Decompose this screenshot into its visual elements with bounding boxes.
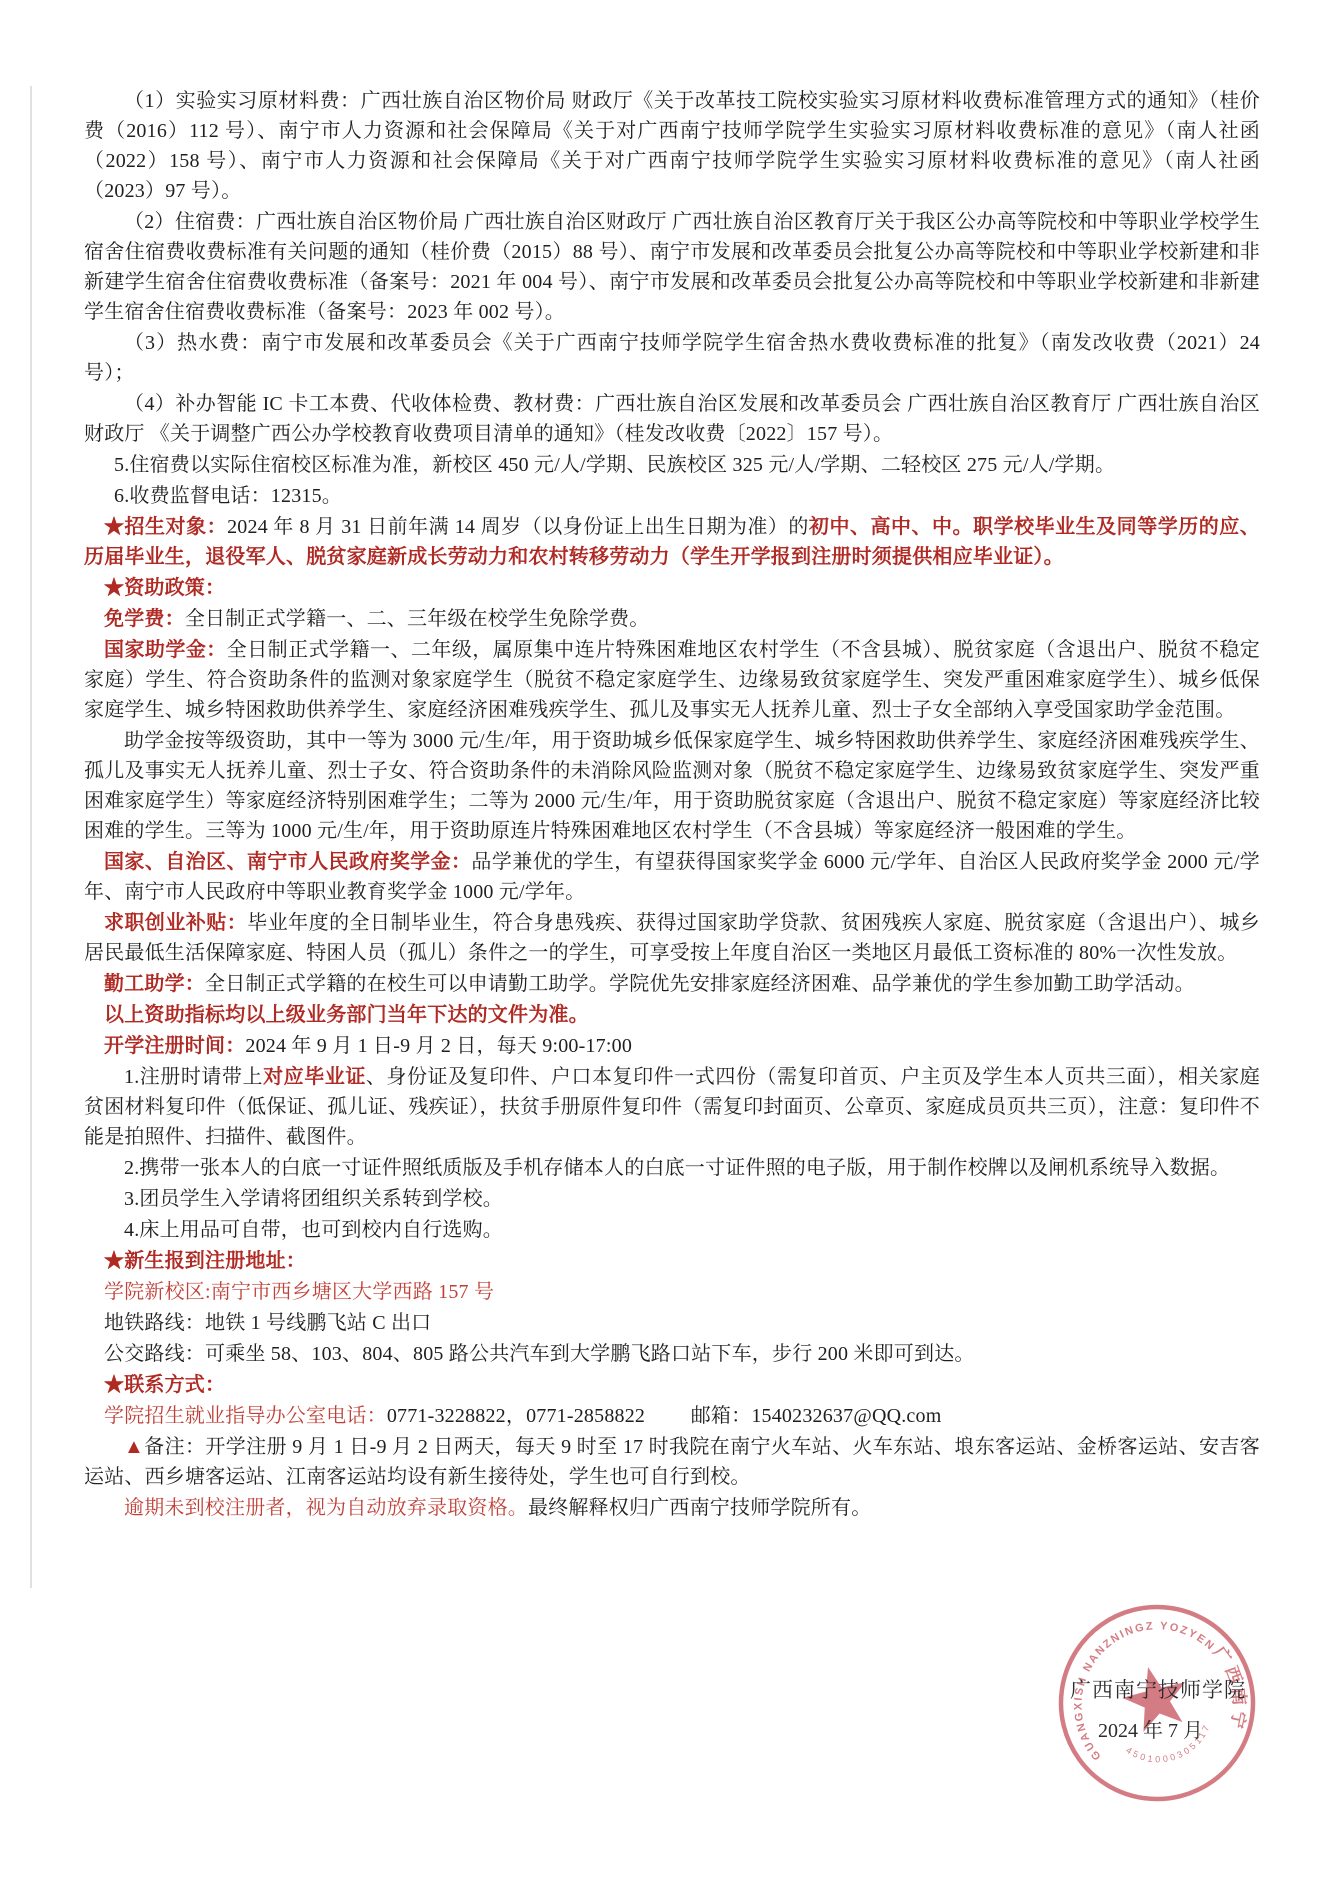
text-segment: 6.收费监督电话：12315。 (114, 485, 342, 507)
paragraph: 勤工助学：全日制正式学籍的在校生可以申请勤工助学。学院优先安排家庭经济困难、品学… (84, 969, 1260, 999)
document-page: （1）实验实习原材料费：广西壮族自治区物价局 财政厅《关于改革技工院校实验实习原… (0, 0, 1342, 1899)
job-subsidy-label: 求职创业补贴： (104, 912, 247, 934)
scan-artifact-line (30, 86, 32, 1588)
paragraph: 国家、自治区、南宁市人民政府奖学金：品学兼优的学生，有望获得国家奖学金 6000… (84, 847, 1260, 907)
text-segment: （2）住宿费：广西壮族自治区物价局 广西壮族自治区财政厅 广西壮族自治区教育厅关… (84, 211, 1260, 323)
text-segment: 助学金按等级资助，其中一等为 3000 元/生/年，用于资助城乡低保家庭学生、城… (84, 730, 1260, 842)
paragraph: 学院新校区:南宁市西乡塘区大学西路 157 号 (84, 1277, 1260, 1307)
text-segment: 4.床上用品可自带，也可到校内自行选购。 (124, 1219, 503, 1241)
paragraph: 3.团员学生入学请将团组织关系转到学校。 (84, 1184, 1260, 1214)
text-segment: 2024 年 9 月 1 日-9 月 2 日，每天 9:00-17:00 (245, 1035, 632, 1057)
text-segment: 2.携带一张本人的白底一寸证件照纸质版及手机存储本人的白底一寸证件照的电子版，用… (124, 1157, 1230, 1179)
text-segment: （4）补办智能 IC 卡工本费、代收体检费、教材费：广西壮族自治区发展和改革委员… (84, 393, 1260, 445)
paragraph: 开学注册时间：2024 年 9 月 1 日-9 月 2 日，每天 9:00-17… (84, 1031, 1260, 1061)
remark-text: 备注：开学注册 9 月 1 日-9 月 2 日两天，每天 9 时至 17 时我院… (84, 1436, 1260, 1488)
report-address-heading: ★新生报到注册地址： (104, 1250, 306, 1272)
paragraph: 公交路线：可乘坐 58、103、804、805 路公共汽车到大学鹏飞路口站下车，… (84, 1339, 1260, 1369)
text-segment: 最终解释权归广西南宁技师学院所有。 (528, 1497, 871, 1519)
paragraph: ★新生报到注册地址： (84, 1246, 1260, 1276)
registration-time-label: 开学注册时间： (104, 1035, 245, 1057)
scholarship-label: 国家、自治区、南宁市人民政府奖学金： (104, 851, 471, 873)
text-segment: 毕业年度的全日制毕业生，符合身患残疾、获得过国家助学贷款、贫困残疾人家庭、脱贫家… (84, 912, 1260, 964)
text-segment: 全日制正式学籍一、二、三年级在校学生免除学费。 (185, 608, 650, 630)
seal-date: 2024 年 7 月 (1098, 1714, 1203, 1743)
text-segment: 5.住宿费以实际住宿校区标准为准，新校区 450 元/人/学期、民族校区 325… (114, 454, 1115, 476)
paragraph: （4）补办智能 IC 卡工本费、代收体检费、教材费：广西壮族自治区发展和改革委员… (84, 389, 1260, 449)
overdue-warning: 逾期未到校注册者，视为自动放弃录取资格。 (124, 1497, 528, 1519)
paragraph: 地铁路线：地铁 1 号线鹏飞站 C 出口 (84, 1308, 1260, 1338)
paragraph: ★招生对象：2024 年 8 月 31 日前年满 14 周岁（以身份证上出生日期… (84, 512, 1260, 572)
text-segment: （3）热水费：南宁市发展和改革委员会《关于广西南宁技师学院学生宿舍热水费收费标准… (84, 332, 1265, 384)
contact-phone-email: 0771-3228822，0771-2858822 邮箱：1540232637@… (387, 1405, 942, 1427)
paragraph: ▲备注：开学注册 9 月 1 日-9 月 2 日两天，每天 9 时至 17 时我… (84, 1432, 1260, 1492)
text-segment: 3.团员学生入学请将团组织关系转到学校。 (124, 1188, 503, 1210)
paragraph: 6.收费监督电话：12315。 (84, 481, 1260, 511)
paragraph: ★资助政策： (84, 573, 1260, 603)
metro-route: 地铁路线：地铁 1 号线鹏飞站 C 出口 (104, 1312, 431, 1334)
paragraph: 1.注册时请带上对应毕业证、身份证及复印件、户口本复印件一式四份（需复印首页、户… (84, 1062, 1260, 1152)
new-campus-address: 学院新校区:南宁市西乡塘区大学西路 157 号 (104, 1281, 494, 1303)
tuition-waiver-label: 免学费： (104, 608, 185, 630)
contact-heading: ★联系方式： (104, 1374, 225, 1396)
funding-note: 以上资助指标均以上级业务部门当年下达的文件为准。 (104, 1004, 589, 1026)
admission-target-label: ★招生对象： (104, 516, 227, 538)
text-segment: 1.注册时请带上 (124, 1066, 263, 1088)
paragraph: 逾期未到校注册者，视为自动放弃录取资格。最终解释权归广西南宁技师学院所有。 (84, 1493, 1260, 1523)
paragraph: 助学金按等级资助，其中一等为 3000 元/生/年，用于资助城乡低保家庭学生、城… (84, 726, 1260, 846)
paragraph: 以上资助指标均以上级业务部门当年下达的文件为准。 (84, 1000, 1260, 1030)
text-segment: （1）实验实习原材料费：广西壮族自治区物价局 财政厅《关于改革技工院校实验实习原… (84, 90, 1260, 202)
remark-triangle-icon: ▲ (124, 1436, 144, 1458)
text-segment: 2024 年 8 月 31 日前年满 14 周岁（以身份证上出生日期为准）的 (227, 516, 809, 538)
work-study-label: 勤工助学： (104, 973, 205, 995)
funding-policy-heading: ★资助政策： (104, 577, 225, 599)
paragraph: 求职创业补贴：毕业年度的全日制毕业生，符合身患残疾、获得过国家助学贷款、贫困残疾… (84, 908, 1260, 968)
paragraph: ★联系方式： (84, 1370, 1260, 1400)
paragraph: 免学费：全日制正式学籍一、二、三年级在校学生免除学费。 (84, 604, 1260, 634)
paragraph: 学院招生就业指导办公室电话：0771-3228822，0771-2858822 … (84, 1401, 1260, 1431)
text-segment: 全日制正式学籍一、二年级，属原集中连片特殊困难地区农村学生（不含县城）、脱贫家庭… (84, 639, 1260, 721)
paragraph: （2）住宿费：广西壮族自治区物价局 广西壮族自治区财政厅 广西壮族自治区教育厅关… (84, 207, 1260, 327)
paragraph: 5.住宿费以实际住宿校区标准为准，新校区 450 元/人/学期、民族校区 325… (84, 450, 1260, 480)
diploma-required-emphasis: 对应毕业证 (263, 1066, 366, 1088)
seal-school-name: 广西南宁技师学院 (1070, 1674, 1246, 1704)
paragraph: 4.床上用品可自带，也可到校内自行选购。 (84, 1215, 1260, 1245)
paragraph: （3）热水费：南宁市发展和改革委员会《关于广西南宁技师学院学生宿舍热水费收费标准… (84, 328, 1260, 388)
paragraph: （1）实验实习原材料费：广西壮族自治区物价局 财政厅《关于改革技工院校实验实习原… (84, 86, 1260, 206)
text-segment: 全日制正式学籍的在校生可以申请勤工助学。学院优先安排家庭经济困难、品学兼优的学生… (205, 973, 1195, 995)
bus-route: 公交路线：可乘坐 58、103、804、805 路公共汽车到大学鹏飞路口站下车，… (104, 1343, 975, 1365)
state-grant-label: 国家助学金： (104, 639, 227, 661)
contact-phone-label: 学院招生就业指导办公室电话： (104, 1405, 387, 1427)
document-body: （1）实验实习原材料费：广西壮族自治区物价局 财政厅《关于改革技工院校实验实习原… (84, 86, 1260, 1524)
official-seal: GUANGXISH NANZNINGZ YOZYEN 广西南宁技师学院 4501… (1052, 1598, 1262, 1808)
paragraph: 2.携带一张本人的白底一寸证件照纸质版及手机存储本人的白底一寸证件照的电子版，用… (84, 1153, 1260, 1183)
paragraph: 国家助学金：全日制正式学籍一、二年级，属原集中连片特殊困难地区农村学生（不含县城… (84, 635, 1260, 725)
